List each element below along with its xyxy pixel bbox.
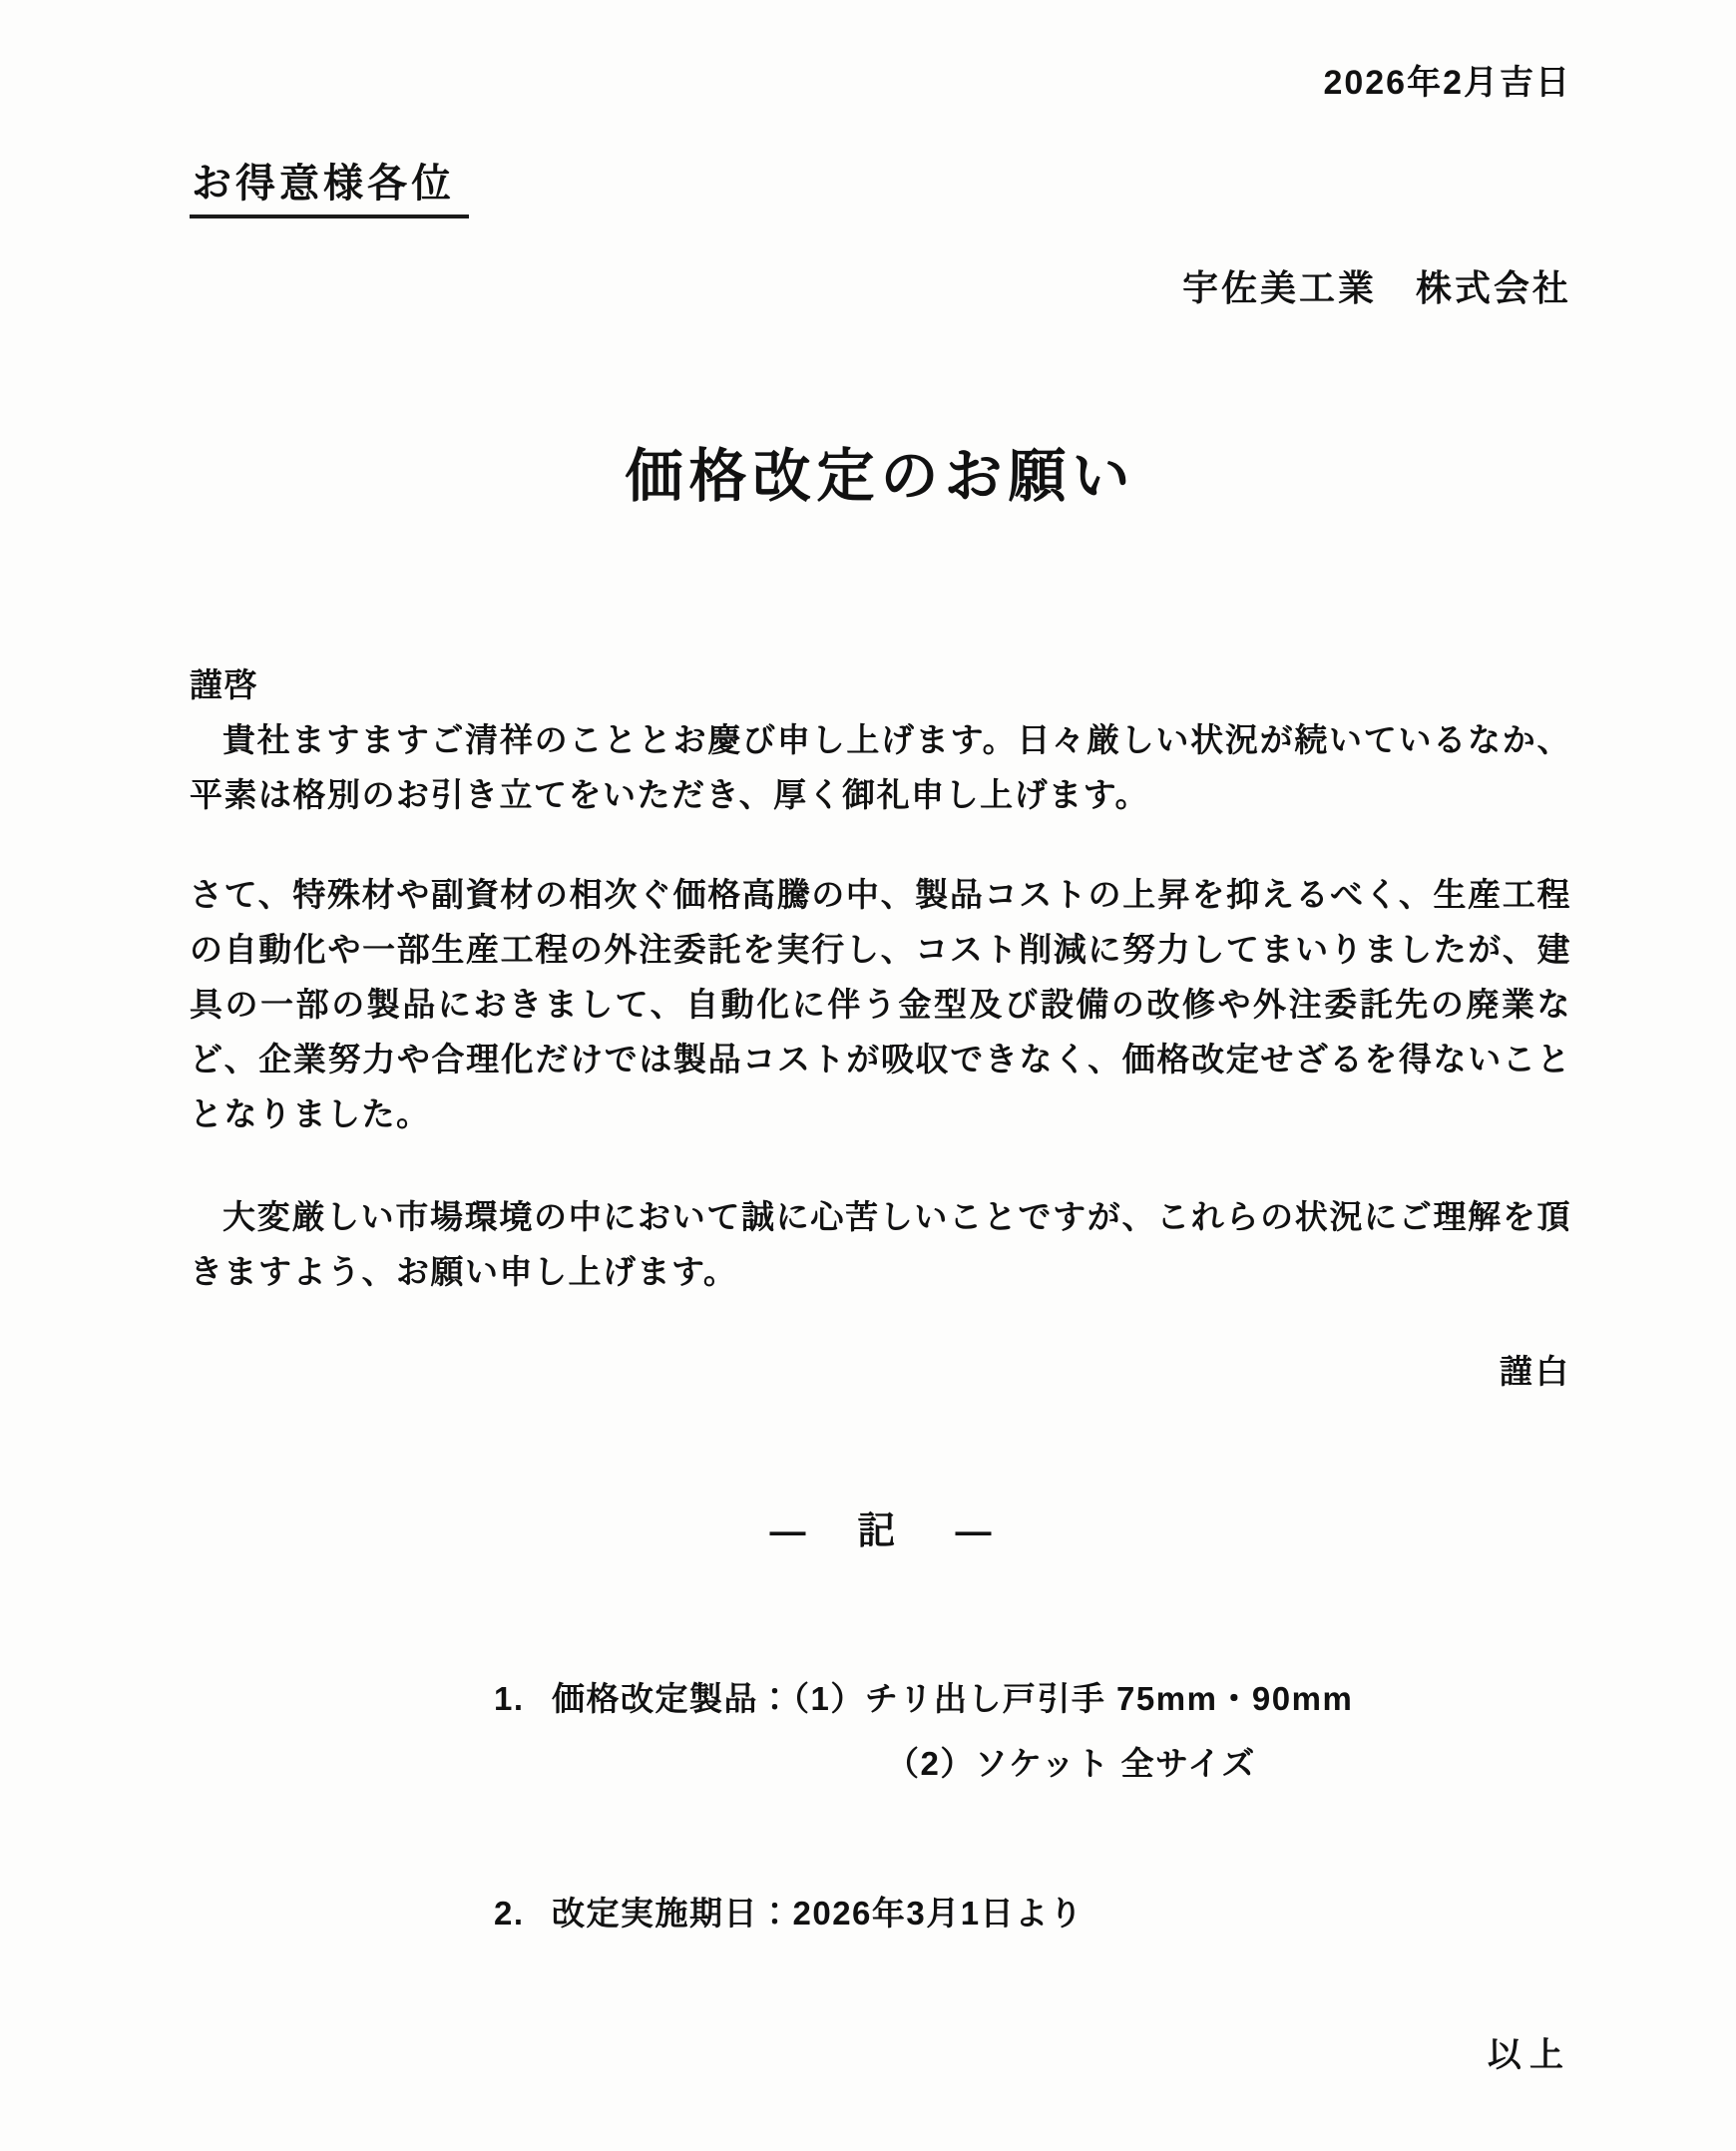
notice-items: 1. 価格改定製品：（1）チリ出し戸引手 75mm・90mm （2）ソケット 全… <box>494 1671 1571 1940</box>
product-1: （1）チリ出し戸引手 75mm・90mm <box>793 1680 1354 1717</box>
record-label: 記 <box>857 1510 903 1552</box>
record-marker: ―記― <box>190 1504 1571 1559</box>
product-2: （2）ソケット 全サイズ <box>886 1736 1571 1791</box>
letter-date: 2026年2月吉日 <box>190 55 1571 104</box>
paragraph-reason: さて、特殊材や副資材の相次ぐ価格高騰の中、製品コストの上昇を抑えるべく、生産工程… <box>190 867 1571 1141</box>
item-line-product-1: 価格改定製品：（1）チリ出し戸引手 75mm・90mm <box>552 1671 1571 1726</box>
item-label: 価格改定製品： <box>552 1680 793 1717</box>
salutation: 謹啓 <box>190 657 1571 712</box>
letter-body: 謹啓 貴社ますますご清祥のこととお慶び申し上げます。日々厳しい状況が続いているな… <box>190 657 1571 1299</box>
record-right-dash: ― <box>956 1510 992 1551</box>
end-marker: 以上 <box>190 2028 1571 2083</box>
notice-item-price-revision-products: 1. 価格改定製品：（1）チリ出し戸引手 75mm・90mm （2）ソケット 全… <box>494 1671 1571 1791</box>
sender-company: 宇佐美工業 株式会社 <box>190 260 1571 311</box>
effective-date-text: 改定実施期日：2026年3月1日より <box>552 1886 1571 1940</box>
item-body: 価格改定製品：（1）チリ出し戸引手 75mm・90mm （2）ソケット 全サイズ <box>552 1671 1571 1791</box>
item-number: 1. <box>494 1671 552 1791</box>
record-left-dash: ― <box>769 1510 805 1551</box>
paragraph-request: 大変厳しい市場環境の中において誠に心苦しいことですが、これらの状況にご理解を頂き… <box>190 1189 1571 1299</box>
addressee-row: お得意様各位 <box>190 152 1571 218</box>
item-body: 改定実施期日：2026年3月1日より <box>552 1886 1571 1940</box>
letter-title: 価格改定のお願い <box>190 429 1571 513</box>
item-number: 2. <box>494 1886 552 1940</box>
letter-page: 2026年2月吉日 お得意様各位 宇佐美工業 株式会社 価格改定のお願い 謹啓 … <box>0 0 1736 2151</box>
paragraph-greeting: 貴社ますますご清祥のこととお慶び申し上げます。日々厳しい状況が続いているなか、平… <box>190 712 1571 822</box>
closing-word: 謹白 <box>190 1344 1571 1399</box>
addressee: お得意様各位 <box>190 152 469 218</box>
notice-item-effective-date: 2. 改定実施期日：2026年3月1日より <box>494 1886 1571 1940</box>
